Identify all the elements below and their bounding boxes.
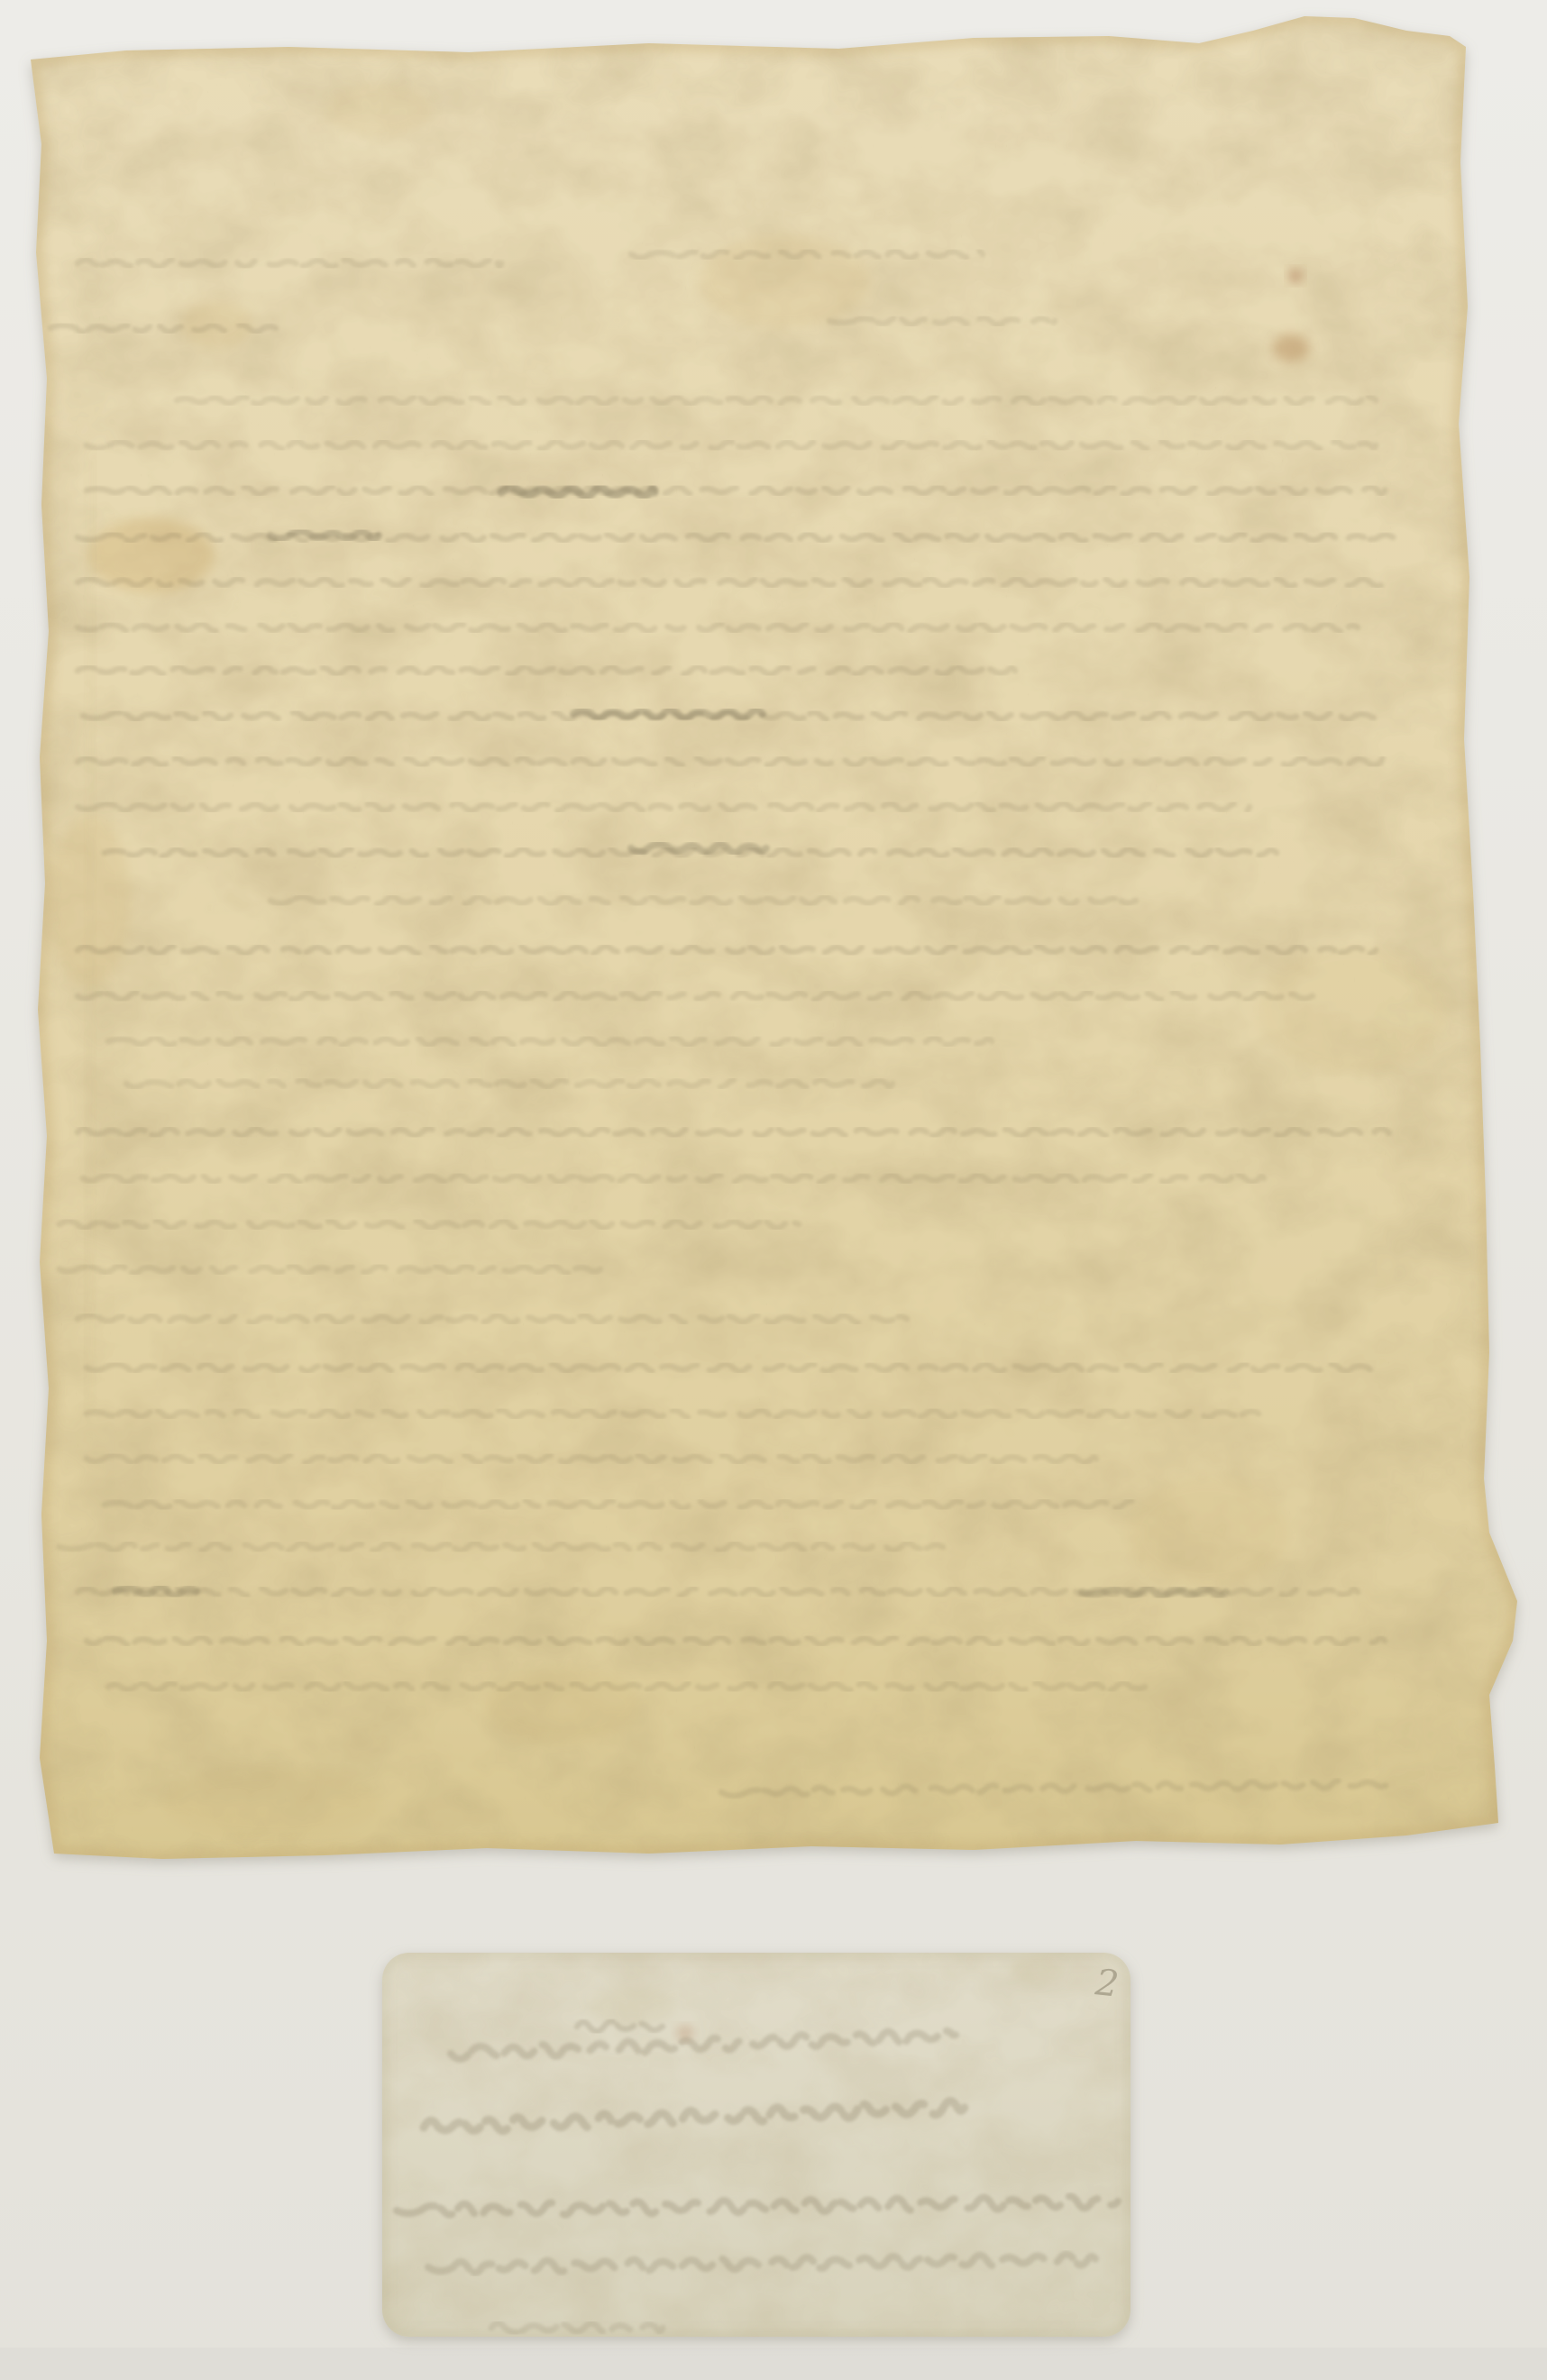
stain-spot (586, 1986, 676, 2026)
slip-number-mark: 2 (1093, 1962, 1121, 2006)
scanned-document-page: 2 (0, 0, 1547, 2380)
stain-spot (486, 1668, 639, 1744)
stain-spot (1289, 270, 1302, 282)
stain-spot (325, 83, 433, 137)
stain-spot (1258, 947, 1447, 1073)
letter-scan-image: 2 (0, 0, 1547, 2380)
letter-sheet-surface (18, 0, 1533, 1875)
slip-grain-texture (382, 1953, 1130, 2337)
stain-spot (1010, 1955, 1064, 1984)
mat-bottom-edge (0, 2348, 1547, 2380)
stain-spot (162, 1767, 379, 1839)
stain-spot (1273, 334, 1309, 362)
stain-spot (1127, 1478, 1289, 1587)
note-slip-surface: 2 (382, 1953, 1130, 2337)
